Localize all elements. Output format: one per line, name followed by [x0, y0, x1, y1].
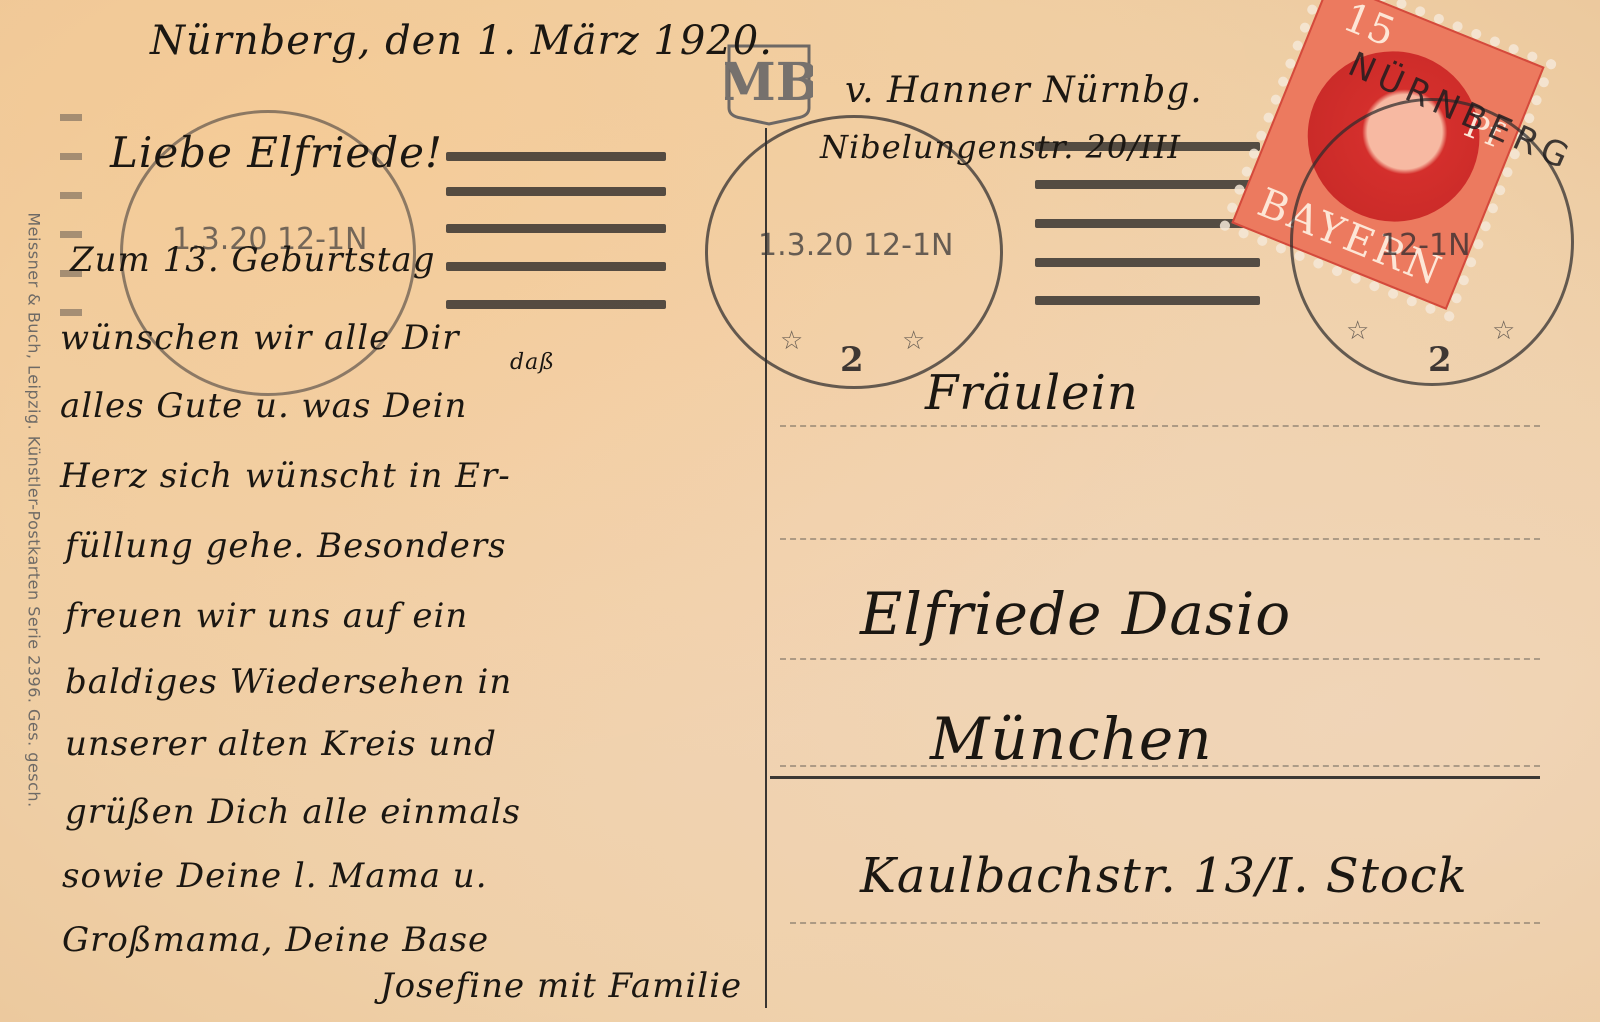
address-guide-line: [780, 658, 1540, 660]
postcard-back: Meissner & Buch, Leipzig. Künstler-Postk…: [0, 0, 1600, 1022]
message-dateline: Nürnberg, den 1. März 1920.: [150, 18, 773, 64]
message-signature: Josefine mit Familie: [380, 966, 742, 1006]
message-insertion: daß: [510, 350, 555, 375]
recipient-salutation: Fräulein: [925, 365, 1139, 421]
message-line: unserer alten Kreis und: [65, 724, 497, 764]
recipient-name: Elfriede Dasio: [860, 580, 1291, 648]
star-icon: ☆: [902, 326, 925, 356]
star-icon: ☆: [1492, 316, 1515, 346]
message-line: Zum 13. Geburtstag: [70, 240, 435, 280]
message-line: Großmama, Deine Base: [62, 920, 489, 960]
message-greeting: Liebe Elfriede!: [110, 128, 443, 177]
message-line: freuen wir uns auf ein: [65, 596, 468, 636]
message-line: füllung gehe. Besonders: [65, 526, 507, 566]
message-line: sowie Deine l. Mama u.: [62, 856, 488, 896]
sender-name: v. Hanner Nürnbg.: [845, 70, 1203, 111]
postmark-office-number: 2: [1428, 340, 1452, 380]
message-line: wünschen wir alle Dir: [60, 318, 459, 358]
postmark-office-number: 2: [840, 340, 864, 380]
address-guide-line: [790, 922, 1540, 924]
address-guide-line: [780, 538, 1540, 540]
recipient-city: München: [930, 705, 1213, 773]
message-line: Herz sich wünscht in Er-: [60, 456, 511, 496]
postmark-date: 1.3.20: [758, 228, 853, 263]
message-line: grüßen Dich alle einmals: [65, 792, 521, 832]
postmark-time: 12-1N: [863, 228, 954, 263]
recipient-street: Kaulbachstr. 13/I. Stock: [860, 848, 1468, 904]
star-icon: ☆: [780, 326, 803, 356]
sender-street: Nibelungenstr. 20/III: [820, 128, 1181, 166]
publisher-imprint: Meissner & Buch, Leipzig. Künstler-Postk…: [4, 150, 64, 870]
star-icon: ☆: [1346, 316, 1369, 346]
message-line: alles Gute u. was Dein: [60, 386, 467, 426]
postmark-time: 12-1N: [1380, 228, 1471, 263]
stamp-value: 15: [1337, 0, 1401, 56]
message-line: baldiges Wiedersehen in: [65, 662, 512, 702]
address-guide-line: [780, 425, 1540, 427]
address-underline: [770, 776, 1540, 779]
